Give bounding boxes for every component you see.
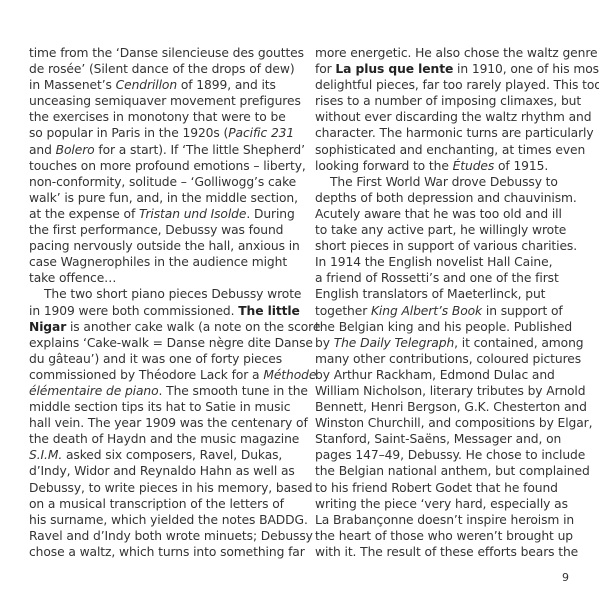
text-line: S.I.M. asked six composers, Ravel, Dukas… — [29, 447, 299, 463]
text-line: hall vein. The year 1909 was the centena… — [29, 415, 299, 431]
text-run: in Massenet’s — [29, 78, 116, 92]
text-run: to take any active part, he willingly wr… — [315, 223, 566, 237]
text-run: by — [315, 336, 334, 350]
text-line: at the expense of Tristan und Isolde. Du… — [29, 206, 299, 222]
text-run: more energetic. He also chose the waltz … — [315, 46, 597, 60]
text-line: The First World War drove Debussy to — [315, 174, 585, 190]
italic-title: Bolero — [56, 143, 95, 157]
text-line: depths of both depression and chauvinism… — [315, 190, 585, 206]
text-run: so popular in Paris in the 1920s ( — [29, 126, 228, 140]
text-run: on a musical transcription of the letter… — [29, 497, 284, 511]
text-line: the first performance, Debussy was found — [29, 222, 299, 238]
text-run: the Belgian king and his people. Publish… — [315, 320, 572, 334]
text-run: du gâteau’) and it was one of forty piec… — [29, 352, 282, 366]
text-line: Winston Churchill, and compositions by E… — [315, 415, 585, 431]
text-line: with it. The result of these efforts bea… — [315, 544, 585, 560]
text-line: without ever discarding the waltz rhythm… — [315, 109, 585, 125]
text-line: the death of Haydn and the music magazin… — [29, 431, 299, 447]
text-run: Ravel and d’Indy both wrote minuets; Deb… — [29, 529, 313, 543]
italic-title: Méthode — [263, 368, 316, 382]
bold-piece-title: La plus que lente — [335, 62, 453, 76]
text-line: many other contributions, coloured pictu… — [315, 351, 585, 367]
text-run: Acutely aware that he was too old and il… — [315, 207, 562, 221]
text-run: , it contained, among — [454, 336, 583, 350]
text-run: rises to a number of imposing climaxes, … — [315, 94, 581, 108]
italic-title: élémentaire de piano — [29, 384, 159, 398]
text-line: du gâteau’) and it was one of forty piec… — [29, 351, 299, 367]
text-run: short pieces in support of various chari… — [315, 239, 577, 253]
text-line: in Massenet’s Cendrillon of 1899, and it… — [29, 77, 299, 93]
text-run: in 1910, one of his most — [453, 62, 599, 76]
text-line: character. The harmonic turns are partic… — [315, 125, 585, 141]
text-run: writing the piece ‘very hard, especially… — [315, 497, 568, 511]
text-run: together — [315, 304, 371, 318]
bold-piece-title: Nigar — [29, 320, 66, 334]
text-run: many other contributions, coloured pictu… — [315, 352, 581, 366]
text-run: walk’ is pure fun, and, in the middle se… — [29, 191, 298, 205]
text-run: chose a waltz, which turns into somethin… — [29, 545, 305, 559]
text-run: pacing nervously outside the hall, anxio… — [29, 239, 300, 253]
text-line: together King Albert’s Book in support o… — [315, 303, 585, 319]
text-line: so popular in Paris in the 1920s (Pacifi… — [29, 125, 299, 141]
text-run: depths of both depression and chauvinism… — [315, 191, 577, 205]
text-run: pages 147–49, Debussy. He chose to inclu… — [315, 448, 585, 462]
text-line: his surname, which yielded the notes BAD… — [29, 512, 299, 528]
text-line: and Bolero for a start). If ‘The little … — [29, 142, 299, 158]
text-line: the Belgian king and his people. Publish… — [315, 319, 585, 335]
text-run: Winston Churchill, and compositions by E… — [315, 416, 592, 430]
text-run: the first performance, Debussy was found — [29, 223, 283, 237]
text-run: unceasing semiquaver movement prefigures — [29, 94, 301, 108]
text-line: de rosée’ (Silent dance of the drops of … — [29, 61, 299, 77]
text-run: with it. The result of these efforts bea… — [315, 545, 578, 559]
text-line: Nigar is another cake walk (a note on th… — [29, 319, 299, 335]
text-line: the exercises in monotony that were to b… — [29, 109, 299, 125]
text-line: English translators of Maeterlinck, put — [315, 286, 585, 302]
text-run: case Wagnerophiles in the audience might — [29, 255, 287, 269]
text-run: a friend of Rossetti’s and one of the fi… — [315, 271, 559, 285]
text-line: short pieces in support of various chari… — [315, 238, 585, 254]
italic-title: The Daily Telegraph — [334, 336, 454, 350]
left-text-column: time from the ‘Danse silencieuse des gou… — [29, 45, 299, 560]
booklet-page: time from the ‘Danse silencieuse des gou… — [0, 0, 599, 604]
text-run: of 1899, and its — [177, 78, 276, 92]
text-line: more energetic. He also chose the waltz … — [315, 45, 585, 61]
text-run: by Arthur Rackham, Edmond Dulac and — [315, 368, 555, 382]
text-line: In 1914 the English novelist Hall Caine, — [315, 254, 585, 270]
text-run: middle section tips its hat to Satie in … — [29, 400, 290, 414]
text-line: walk’ is pure fun, and, in the middle se… — [29, 190, 299, 206]
text-run: for a start). If ‘The little Shepherd’ — [95, 143, 305, 157]
text-run: in 1909 were both commissioned. — [29, 304, 238, 318]
text-run: The First World War drove Debussy to — [330, 175, 558, 189]
text-line: by Arthur Rackham, Edmond Dulac and — [315, 367, 585, 383]
text-run: character. The harmonic turns are partic… — [315, 126, 594, 140]
text-run: William Nicholson, literary tributes by … — [315, 384, 585, 398]
text-run: of 1915. — [494, 159, 548, 173]
text-line: on a musical transcription of the letter… — [29, 496, 299, 512]
text-line: the heart of those who weren’t brought u… — [315, 528, 585, 544]
text-run: without ever discarding the waltz rhythm… — [315, 110, 591, 124]
text-line: the Belgian national anthem, but complai… — [315, 463, 585, 479]
text-line: for La plus que lente in 1910, one of hi… — [315, 61, 585, 77]
italic-title: Tristan und Isolde — [139, 207, 246, 221]
text-run: The two short piano pieces Debussy wrote — [44, 287, 301, 301]
text-run: hall vein. The year 1909 was the centena… — [29, 416, 308, 430]
text-line: sophisticated and enchanting, at times e… — [315, 142, 585, 158]
text-run: is another cake walk (a note on the scor… — [66, 320, 320, 334]
text-run: In 1914 the English novelist Hall Caine, — [315, 255, 552, 269]
text-run: the death of Haydn and the music magazin… — [29, 432, 299, 446]
text-run: delightful pieces, far too rarely played… — [315, 78, 599, 92]
text-run: sophisticated and enchanting, at times e… — [315, 143, 585, 157]
text-run: take offence… — [29, 271, 116, 285]
text-run: time from the ‘Danse silencieuse des gou… — [29, 46, 304, 60]
text-line: to take any active part, he willingly wr… — [315, 222, 585, 238]
text-line: Debussy, to write pieces in his memory, … — [29, 480, 299, 496]
text-line: delightful pieces, far too rarely played… — [315, 77, 585, 93]
text-run: explains ‘Cake-walk = Danse nègre dite D… — [29, 336, 313, 350]
text-run: for — [315, 62, 335, 76]
text-line: pacing nervously outside the hall, anxio… — [29, 238, 299, 254]
text-run: Bennett, Henri Bergson, G.K. Chesterton … — [315, 400, 587, 414]
text-line: William Nicholson, literary tributes by … — [315, 383, 585, 399]
text-run: non-conformity, solitude – ‘Golliwogg’s … — [29, 175, 296, 189]
text-line: writing the piece ‘very hard, especially… — [315, 496, 585, 512]
text-run: his surname, which yielded the notes BAD… — [29, 513, 308, 527]
text-run: the exercises in monotony that were to b… — [29, 110, 286, 124]
text-run: and — [29, 143, 56, 157]
text-run: . During — [246, 207, 294, 221]
text-run: the Belgian national anthem, but complai… — [315, 464, 590, 478]
text-line: La Brabançonne doesn’t inspire heroism i… — [315, 512, 585, 528]
text-line: touches on more profound emotions – libe… — [29, 158, 299, 174]
text-line: élémentaire de piano. The smooth tune in… — [29, 383, 299, 399]
text-line: in 1909 were both commissioned. The litt… — [29, 303, 299, 319]
text-line: Acutely aware that he was too old and il… — [315, 206, 585, 222]
text-run: looking forward to the — [315, 159, 453, 173]
text-line: The two short piano pieces Debussy wrote — [29, 286, 299, 302]
text-line: rises to a number of imposing climaxes, … — [315, 93, 585, 109]
text-run: d’Indy, Widor and Reynaldo Hahn as well … — [29, 464, 295, 478]
text-line: commissioned by Théodore Lack for a Méth… — [29, 367, 299, 383]
text-run: touches on more profound emotions – libe… — [29, 159, 306, 173]
text-run: to his friend Robert Godet that he found — [315, 481, 558, 495]
page-number: 9 — [562, 571, 569, 584]
text-run: Stanford, Saint-Saëns, Messager and, on — [315, 432, 561, 446]
text-line: looking forward to the Études of 1915. — [315, 158, 585, 174]
text-line: explains ‘Cake-walk = Danse nègre dite D… — [29, 335, 299, 351]
text-line: unceasing semiquaver movement prefigures — [29, 93, 299, 109]
text-run: in support of — [482, 304, 563, 318]
text-run: at the expense of — [29, 207, 139, 221]
right-text-column: more energetic. He also chose the waltz … — [315, 45, 585, 560]
italic-title: Études — [453, 159, 495, 173]
text-line: case Wagnerophiles in the audience might — [29, 254, 299, 270]
text-run: de rosée’ (Silent dance of the drops of … — [29, 62, 295, 76]
text-run: commissioned by Théodore Lack for a — [29, 368, 263, 382]
text-line: Ravel and d’Indy both wrote minuets; Deb… — [29, 528, 299, 544]
italic-title: King Albert’s Book — [371, 304, 482, 318]
text-run: . The smooth tune in the — [159, 384, 308, 398]
text-run: asked six composers, Ravel, Dukas, — [62, 448, 282, 462]
text-line: take offence… — [29, 270, 299, 286]
text-line: d’Indy, Widor and Reynaldo Hahn as well … — [29, 463, 299, 479]
text-line: non-conformity, solitude – ‘Golliwogg’s … — [29, 174, 299, 190]
italic-title: Cendrillon — [116, 78, 177, 92]
bold-piece-title: The little — [238, 304, 300, 318]
text-line: time from the ‘Danse silencieuse des gou… — [29, 45, 299, 61]
text-line: chose a waltz, which turns into somethin… — [29, 544, 299, 560]
text-line: middle section tips its hat to Satie in … — [29, 399, 299, 415]
italic-title: S.I.M. — [29, 448, 62, 462]
text-run: Debussy, to write pieces in his memory, … — [29, 481, 313, 495]
text-line: to his friend Robert Godet that he found — [315, 480, 585, 496]
text-run: the heart of those who weren’t brought u… — [315, 529, 573, 543]
text-line: Bennett, Henri Bergson, G.K. Chesterton … — [315, 399, 585, 415]
text-line: Stanford, Saint-Saëns, Messager and, on — [315, 431, 585, 447]
text-line: by The Daily Telegraph, it contained, am… — [315, 335, 585, 351]
text-run: La Brabançonne doesn’t inspire heroism i… — [315, 513, 574, 527]
text-line: pages 147–49, Debussy. He chose to inclu… — [315, 447, 585, 463]
italic-title: Pacific 231 — [228, 126, 294, 140]
text-line: a friend of Rossetti’s and one of the fi… — [315, 270, 585, 286]
text-run: English translators of Maeterlinck, put — [315, 287, 545, 301]
